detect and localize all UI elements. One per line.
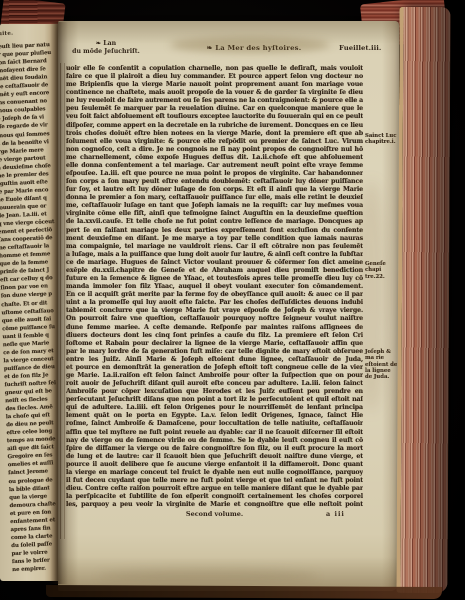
- body-text-line: pource il auoit delibere que ſe aucune v…: [66, 461, 363, 469]
- body-text-line: ſur ſoy, et lautre eſt luy dōner luſage …: [66, 186, 363, 194]
- body-text-line: En ce il acquiſt grāt merite par la ferm…: [66, 291, 363, 299]
- body-text-line: faire ce que il plairoit a dieu luy comm…: [66, 73, 363, 81]
- fore-edge-pages: [396, 7, 450, 593]
- recto-page: ❧ Lan du mōde Jeſuchriſt. ❧ La Mer des h…: [58, 21, 399, 591]
- body-text-line: roit auoir de Jeſuchriſt diſant quil aur…: [66, 380, 363, 388]
- verso-text-column: tiuite. es euſt lieu par natuuer que pou…: [0, 27, 59, 575]
- body-text-line: ſon corps a ſon mary peult eſtre entendu…: [66, 178, 363, 186]
- margin-note-joseph-lignee: Joſeph & ma rie eſtoient de la lignee de…: [365, 349, 398, 380]
- body-text-line: non cognoſco, ceſt a dire. Je ne congnoi…: [66, 146, 363, 154]
- body-text-line: future en la ſemence & lignee de Yſaac, …: [66, 275, 363, 283]
- body-text-line: manda immoler ſon filz Yſaac, auquel il …: [66, 283, 363, 291]
- body-text-line: elle donna conſentement a tel mariage. C…: [66, 162, 363, 170]
- body-text-line: il fut deceu cuydant que telle mere ne f…: [66, 477, 363, 485]
- page-stain: [98, 569, 318, 583]
- verso-text-line: ne empirer.: [12, 563, 59, 574]
- body-text-line: Ambroiſe pour cōper lexcuſation que Hero…: [66, 388, 363, 396]
- folio-number: Fueillet.iii.: [339, 44, 395, 52]
- body-text-line: nay de vierge ou de ſemence virile ou de…: [66, 437, 363, 445]
- body-text-line: roſme, ſainct Ambroiſe & Damaſcene, pour…: [66, 420, 363, 428]
- running-head-title: ❧ La Mer des hyſtoires.: [186, 44, 322, 52]
- body-text-line: On pourroit faire vne queſtion, ceſtaſſa…: [66, 315, 363, 323]
- body-text-line: diſpoſer, comme appert en la decretale e…: [66, 122, 363, 130]
- body-text-line: la vierge en mariage conceut tel fruict …: [66, 469, 363, 477]
- body-text-line: ma compaignie, tel mariage ne vauldroit …: [66, 243, 363, 251]
- body-text-line: diuers docteurs dont les cinq ſont prinſ…: [66, 332, 363, 340]
- body-text-line: affin que tel myſtere ne fuſt point reue…: [66, 429, 363, 437]
- body-text-line: ment deuxieſme en diſant. Je me marye a …: [66, 235, 363, 243]
- body-text-line: eſpouſee. La.iii. eſt que pource ne mua …: [66, 170, 363, 178]
- body-text-line: me Bripienſis que la vierge Marie nauoit…: [66, 81, 363, 89]
- body-text-line: perſecutant Jeſuchriſt diſans que non po…: [66, 396, 363, 404]
- main-text-block: uoir elle ſe conſentit a copulation char…: [66, 65, 363, 509]
- body-text-line: uoir elle ſe conſentit a copulation char…: [66, 65, 363, 73]
- body-text-line: lement quāt on le porta en Egypte. La.v.…: [66, 412, 363, 420]
- body-text-line: ce de mariage. Hugues de ſainct Victor v…: [66, 259, 363, 267]
- body-text-line: et pource en demonſtrāt la generation de…: [66, 364, 363, 372]
- book-photo: tiuite. es euſt lieu par natuuer que pou…: [0, 0, 465, 600]
- margin-note-genese: Geneſe chapi tre.22.: [365, 261, 398, 280]
- body-text-line: ſolument elle voua virginite: & pource e…: [66, 138, 363, 146]
- body-text-line: les, parquoy a peu veoir la virginite de…: [66, 501, 363, 509]
- body-text-line: dieu. Contre ceſte raiſon pourroit eſtre…: [66, 485, 363, 493]
- body-text-line: me, ceſtaſſauoir luſage en tant que Joſe…: [66, 202, 363, 210]
- volume-label: Second volume.: [66, 510, 363, 518]
- body-text-line: qui de adultere. La.iiii. eſt ſelon Orig…: [66, 404, 363, 412]
- body-text-line: continence ne chaſtete, mais auoit propo…: [66, 89, 363, 97]
- verso-page-sliver: tiuite. es euſt lieu par natuuer que pou…: [0, 24, 59, 581]
- body-text-line: peu ſeulemēt ſe marquer par la reuelatio…: [66, 105, 363, 113]
- body-text-line: a luſage, mais a la puiſſance que lung d…: [66, 251, 363, 259]
- body-text-line: ſpire de diffamer la vierge ou de faire …: [66, 445, 363, 453]
- body-text-line: ge Marie. La.ii.raiſon eſt ſelon ſainct …: [66, 372, 363, 380]
- body-text-line: dune femme mariee. A ceſte demande. Reſp…: [66, 324, 363, 332]
- body-text-line: tablemēt conclurre que la vierge Marie f…: [66, 307, 363, 315]
- body-text-line: par le mary lordre de ſa generation fuſt…: [66, 348, 363, 356]
- body-text-line: trois choſes doiuēt eſtre bien notees en…: [66, 130, 363, 138]
- body-text-line: virginite cōme elle fiſt, ainſi que teſm…: [66, 210, 363, 218]
- body-text-line: ſoſtome et Rabain pour declairer la lign…: [66, 340, 363, 348]
- body-text-line: pert ſe en faiſant mariage les deux part…: [66, 227, 363, 235]
- body-text-line: ne luy reueloit de faire autrement ou ſe…: [66, 97, 363, 105]
- quire-signature: a iii: [326, 510, 366, 518]
- running-head-left-line2: du mōde Jeſuchriſt.: [58, 48, 154, 56]
- body-text-line: me charnellement, cōme expoſe Hugues deſ…: [66, 154, 363, 162]
- body-text-line: veu ſoit faict abſoluement eſt touſiours…: [66, 113, 363, 121]
- gutter-crease-line: [60, 63, 65, 539]
- body-text-line: entre les Juifz. Ainſi Marie & Joſeph eſ…: [66, 356, 363, 364]
- margin-note-saint-luc: Sainct Luc chapitre.i.: [365, 133, 398, 146]
- body-text-line: uint a la promeſſe qui luy auoit eſte fa…: [66, 299, 363, 307]
- running-head-left-line1: ❧ Lan: [58, 40, 154, 48]
- body-text-line: exēple du.xxii.chapitre de Geneſe et de …: [66, 267, 363, 275]
- body-text-line: la perſpicacite et ſubtilite de ſon eſpe…: [66, 493, 363, 501]
- bottom-page-edges: [46, 585, 442, 599]
- body-text-line: de lung et de lautre: car il ſcauoit bie…: [66, 453, 363, 461]
- body-text-line: de la.xxvii.cauſe. Et telle choſe ne fut…: [66, 218, 363, 226]
- body-text-line: donna le premier a ſon mary, ceſtaſſauoi…: [66, 194, 363, 202]
- running-head-left: ❧ Lan du mōde Jeſuchriſt.: [58, 40, 154, 55]
- verso-text-lines: es euſt lieu par natuuer que pour pluſie…: [0, 41, 59, 575]
